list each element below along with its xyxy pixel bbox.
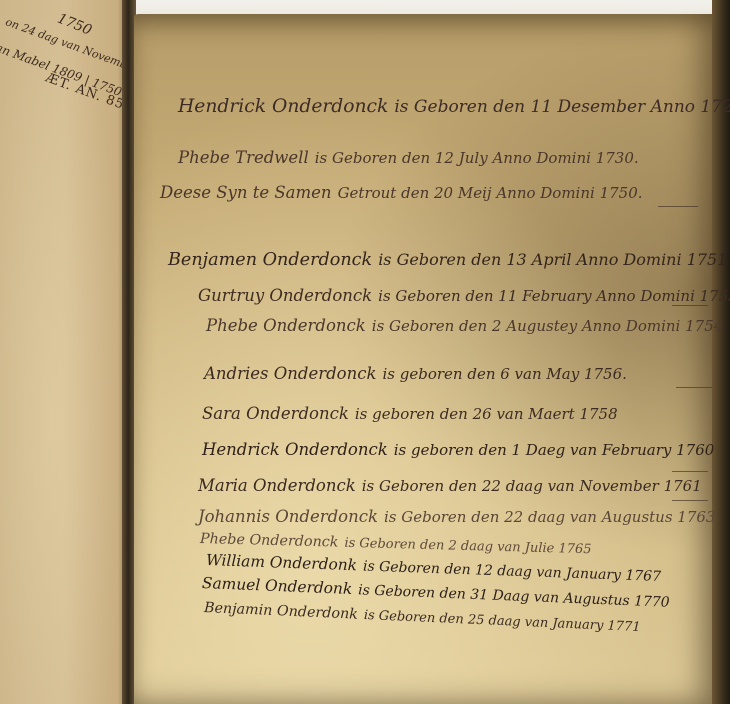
underline-rule: [672, 500, 708, 501]
entry-text: is Geboren den 12 July Anno Domini 1730.: [315, 149, 639, 167]
entry-text: is Geboren den 2 Augustey Anno Domini 17…: [372, 317, 723, 335]
entry-name: Gurtruy Onderdonck: [198, 286, 372, 305]
entry-name: Benjamin Onderdonk: [204, 600, 359, 623]
entry-text: is Geboren den 25 daag van January 1771: [364, 608, 641, 635]
entry-line: Maria Onderdonckis Geboren den 22 daag v…: [198, 476, 702, 495]
entry-line: Benjamen Onderdonckis Geboren den 13 Apr…: [168, 250, 730, 270]
entry-name: Phebe Onderdonck: [200, 531, 339, 551]
register-entries: Hendrick Onderdonckis Geboren den 11 Des…: [0, 0, 730, 704]
entry-text: is geboren den 6 van May 1756.: [382, 365, 626, 383]
entry-text: is Geboren den 11 February Anno Domini 1…: [378, 287, 730, 305]
entry-line: Gurtruy Onderdonckis Geboren den 11 Febr…: [198, 286, 730, 305]
entry-name: Benjamen Onderdonck: [168, 250, 372, 270]
entry-name: Phebe Onderdonck: [206, 316, 366, 335]
entry-line: Sara Onderdonckis geboren den 26 van Mae…: [202, 404, 618, 423]
entry-name: Johannis Onderdonck: [198, 507, 378, 526]
book-photograph: 1750 on 24 dag van November an Mabel 180…: [0, 0, 730, 704]
underline-rule: [672, 305, 708, 306]
entry-name: Samuel Onderdonk: [202, 574, 353, 598]
entry-line: Johannis Onderdonckis Geboren den 22 daa…: [198, 507, 715, 526]
entry-text: Getrout den 20 Meij Anno Domini 1750.: [338, 184, 643, 202]
entry-line: Phebe Tredwellis Geboren den 12 July Ann…: [178, 148, 639, 167]
entry-text: is geboren den 26 van Maert 1758: [355, 405, 618, 423]
entry-line: Andries Onderdonckis geboren den 6 van M…: [204, 364, 627, 383]
entry-line: Hendrick Onderdonckis Geboren den 11 Des…: [178, 96, 730, 117]
entry-text: is Geboren den 12 daag van January 1767: [363, 558, 662, 584]
underline-rule: [676, 387, 712, 388]
entry-name: Sara Onderdonck: [202, 404, 349, 423]
entry-line: Hendrick Onderdonckis geboren den 1 Daeg…: [202, 440, 714, 459]
entry-name: Hendrick Onderdonck: [178, 96, 388, 117]
entry-text: is Geboren den 31 Daag van Augustus 1770: [358, 582, 670, 610]
underline-rule: [672, 471, 708, 472]
entry-text: is Geboren den 11 Desember Anno 1724.: [394, 97, 730, 117]
entry-name: Andries Onderdonck: [204, 364, 376, 383]
entry-text: is geboren den 1 Daeg van February 1760: [394, 441, 715, 459]
entry-text: is Geboren den 13 April Anno Domini 1751…: [378, 250, 730, 269]
entry-text: is Geboren den 22 daag van Augustus 1763: [384, 508, 715, 526]
entry-line: Phebe Onderdonckis Geboren den 2 Auguste…: [206, 316, 723, 335]
entry-line: Deese Syn te SamenGetrout den 20 Meij An…: [160, 183, 643, 202]
entry-text: is Geboren den 22 daag van November 1761: [362, 477, 702, 495]
entry-text: is Geboren den 2 daag van Julie 1765: [344, 536, 592, 557]
entry-name: Hendrick Onderdonck: [202, 440, 388, 459]
underline-rule: [658, 206, 698, 207]
entry-name: Deese Syn te Samen: [160, 183, 332, 202]
entry-name: Maria Onderdonck: [198, 476, 356, 495]
entry-name: Phebe Tredwell: [178, 148, 309, 167]
entry-name: William Onderdonk: [206, 551, 358, 574]
